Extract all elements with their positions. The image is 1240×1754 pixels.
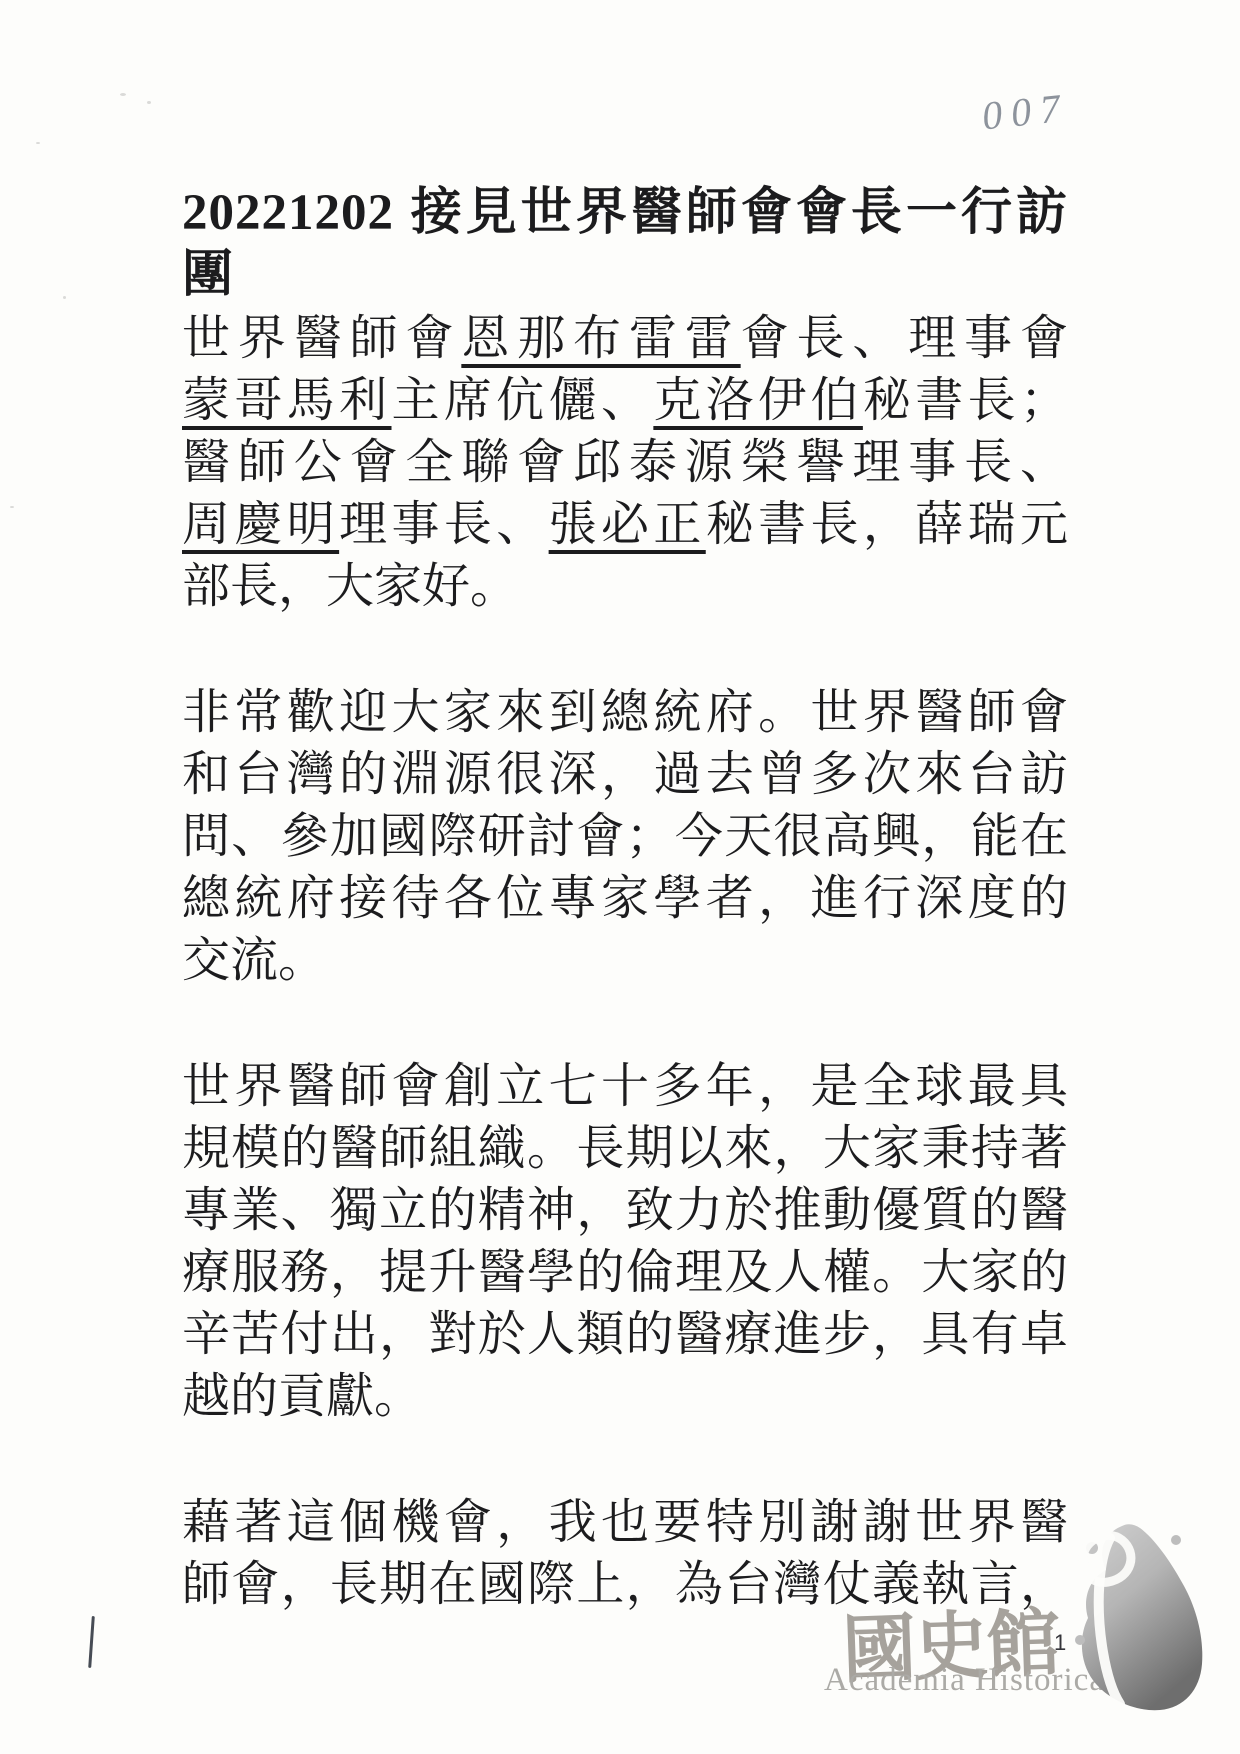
paragraph: 世界醫師會恩那布雷雷會長、理事會蒙哥馬利主席伉儷、克洛伊伯秘書長；醫師公會全聯會… <box>182 308 1068 618</box>
text-line: 專業、獨立的精神，致力於推動優質的醫 <box>182 1180 1068 1242</box>
underlined-name: 周慶明 <box>182 498 339 551</box>
text-segment: 師會，長期在國際上，為台灣仗義執言， <box>182 1558 1068 1611</box>
paragraphs-container: 世界醫師會恩那布雷雷會長、理事會蒙哥馬利主席伉儷、克洛伊伯秘書長；醫師公會全聯會… <box>182 308 1068 1616</box>
text-line: 和台灣的淵源很深，過去曾多次來台訪 <box>182 744 1068 806</box>
text-segment: 和台灣的淵源很深，過去曾多次來台訪 <box>182 748 1068 801</box>
document-content: 20221202 接見世界醫師會會長一行訪團 世界醫師會恩那布雷雷會長、理事會蒙… <box>182 182 1068 1616</box>
scan-speck <box>63 296 66 299</box>
text-segment: 規模的醫師組織。長期以來，大家秉持著 <box>182 1122 1068 1175</box>
text-segment: 越的貢獻。 <box>182 1370 422 1423</box>
handwritten-folio-number: 007 <box>980 84 1071 140</box>
text-segment: 問、參加國際研討會；今天很高興，能在 <box>182 810 1068 863</box>
text-line: 世界醫師會創立七十多年，是全球最具 <box>182 1056 1068 1118</box>
text-line: 師會，長期在國際上，為台灣仗義執言， <box>182 1554 1068 1616</box>
text-line: 藉著這個機會，我也要特別謝謝世界醫 <box>182 1492 1068 1554</box>
page-number: 1 <box>1054 1630 1066 1656</box>
scan-speck <box>147 101 151 104</box>
text-line: 問、參加國際研討會；今天很高興，能在 <box>182 806 1068 868</box>
text-segment: 醫師公會全聯會邱泰源榮譽理事長、 <box>182 436 1068 489</box>
scan-speck <box>120 93 126 96</box>
scanned-document-page: 007 國史館 Academia Historica 1 20221202 接見… <box>0 0 1240 1754</box>
text-segment: 世界醫師會 <box>182 312 461 365</box>
underlined-name: 克洛伊伯 <box>653 374 863 427</box>
text-segment: 部長，大家好。 <box>182 560 518 613</box>
paragraph: 世界醫師會創立七十多年，是全球最具規模的醫師組織。長期以來，大家秉持著專業、獨立… <box>182 1056 1068 1428</box>
text-line: 辛苦付出，對於人類的醫療進步，具有卓 <box>182 1304 1068 1366</box>
underlined-name: 蒙哥馬利 <box>182 374 392 427</box>
handwritten-pen-stroke <box>88 1616 95 1668</box>
paragraph: 非常歡迎大家來到總統府。世界醫師會和台灣的淵源很深，過去曾多次來台訪問、參加國際… <box>182 682 1068 992</box>
text-segment: 會長、理事會 <box>741 312 1068 365</box>
text-line: 總統府接待各位專家學者，進行深度的 <box>182 868 1068 930</box>
underlined-name: 張必正 <box>549 498 706 551</box>
text-line: 非常歡迎大家來到總統府。世界醫師會 <box>182 682 1068 744</box>
text-segment: 非常歡迎大家來到總統府。世界醫師會 <box>182 686 1068 739</box>
text-segment: 世界醫師會創立七十多年，是全球最具 <box>182 1060 1068 1113</box>
scan-speck <box>36 142 40 144</box>
text-segment: 專業、獨立的精神，致力於推動優質的醫 <box>182 1184 1068 1237</box>
text-segment: 秘書長，薛瑞元 <box>706 498 1068 551</box>
ink-seal-graphic <box>1052 1520 1210 1716</box>
text-segment: 辛苦付出，對於人類的醫療進步，具有卓 <box>182 1308 1068 1361</box>
text-segment: 秘書長； <box>863 374 1068 427</box>
text-segment: 主席伉儷、 <box>392 374 654 427</box>
document-title: 20221202 接見世界醫師會會長一行訪團 <box>182 182 1068 244</box>
text-line: 越的貢獻。 <box>182 1366 1068 1428</box>
text-line: 部長，大家好。 <box>182 556 1068 618</box>
text-segment: 總統府接待各位專家學者，進行深度的 <box>182 872 1068 925</box>
underlined-name: 恩那布雷雷 <box>461 312 740 365</box>
paragraph: 藉著這個機會，我也要特別謝謝世界醫師會，長期在國際上，為台灣仗義執言， <box>182 1492 1068 1616</box>
text-line: 周慶明理事長、張必正秘書長，薛瑞元 <box>182 494 1068 556</box>
text-segment: 藉著這個機會，我也要特別謝謝世界醫 <box>182 1496 1068 1549</box>
scan-speck <box>10 506 14 508</box>
text-segment: 療服務，提升醫學的倫理及人權。大家的 <box>182 1246 1068 1299</box>
text-line: 蒙哥馬利主席伉儷、克洛伊伯秘書長； <box>182 370 1068 432</box>
text-line: 療服務，提升醫學的倫理及人權。大家的 <box>182 1242 1068 1304</box>
text-segment: 交流。 <box>182 934 326 987</box>
text-line: 世界醫師會恩那布雷雷會長、理事會 <box>182 308 1068 370</box>
text-line: 規模的醫師組織。長期以來，大家秉持著 <box>182 1118 1068 1180</box>
text-line: 醫師公會全聯會邱泰源榮譽理事長、 <box>182 432 1068 494</box>
text-segment: 理事長、 <box>339 498 549 551</box>
text-line: 交流。 <box>182 930 1068 992</box>
